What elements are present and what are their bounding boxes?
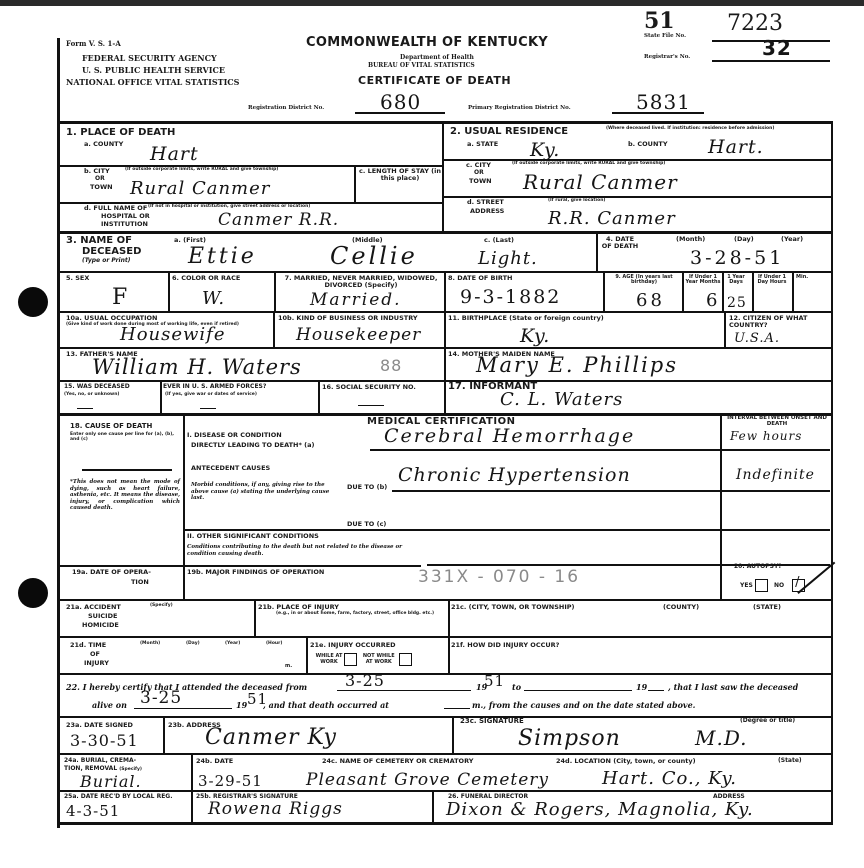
- time-year-label: (Year): [225, 642, 240, 647]
- date-of-death-label: 4. DATE OF DEATH: [600, 236, 640, 250]
- operation-date-label-2: TION: [131, 579, 149, 586]
- registrar-no-label: Registrar's No.: [644, 55, 690, 61]
- date-of-birth-label: 8. DATE OF BIRTH: [448, 275, 513, 282]
- state-title: COMMONWEALTH OF KENTUCKY: [306, 36, 548, 50]
- days-value: 25: [727, 296, 747, 310]
- accident-label: 21a. ACCIDENT: [66, 604, 121, 611]
- cause-of-death-label: 18. CAUSE OF DEATH: [70, 423, 152, 430]
- attended-from-value: 3-25: [345, 673, 385, 689]
- residence-city-value: Rural Canmer: [523, 172, 678, 192]
- date-received-value: 4-3-51: [66, 804, 120, 819]
- other-conditions-label: II. OTHER SIGNIFICANT CONDITIONS: [187, 533, 319, 540]
- residence-city-note: (If outside corporate limits, write RURA…: [512, 162, 665, 167]
- dod-month-label: (Month): [676, 236, 705, 243]
- burial-value: Burial.: [80, 774, 142, 790]
- time-m-label: m.: [285, 664, 292, 669]
- hospital-or-label: HOSPITAL OR: [101, 213, 150, 220]
- father-pencil-note: 88: [380, 358, 402, 374]
- months-value: 6: [706, 292, 718, 310]
- city-label: b. CITY: [84, 168, 110, 175]
- due-to-b-value: Chronic Hypertension: [398, 466, 631, 485]
- certify-line2-end: m., from the causes and on the date stat…: [472, 700, 695, 710]
- age-label: 9. AGE (In years last birthday): [606, 275, 682, 286]
- while-at-work-label: WHILE AT WORK: [314, 654, 344, 665]
- town-label: TOWN: [90, 184, 113, 191]
- registration-district-value: 680: [380, 92, 421, 112]
- burial-date-label: 24b. DATE: [196, 758, 233, 765]
- autopsy-no-check-mark: /: [795, 576, 799, 590]
- deceased-label: DECEASED: [82, 247, 141, 258]
- year2-prefix: 19: [636, 682, 647, 692]
- form-number: Form V. S. 1-A: [66, 40, 121, 47]
- interval-a-value: Few hours: [730, 430, 802, 442]
- state-label: a. STATE: [467, 141, 498, 148]
- marital-status-value: Married.: [310, 292, 402, 309]
- address-label: ADDRESS: [470, 208, 504, 215]
- autopsy-yes-option: YES NO /: [740, 579, 805, 592]
- social-security-label: 16. SOCIAL SECURITY NO.: [322, 384, 416, 391]
- place-of-death-label: 1. PLACE OF DEATH: [66, 128, 175, 139]
- usual-residence-note: (Where deceased lived. If institution: r…: [606, 127, 828, 132]
- while-at-work-checkbox[interactable]: [344, 653, 357, 666]
- injury-occurred-label: 21e. INJURY OCCURRED: [310, 642, 396, 649]
- not-while-at-work-label: NOT WHILE AT WORK: [359, 654, 399, 665]
- disease-label-line1: I. DISEASE OR CONDITION: [187, 432, 282, 439]
- hospital-note: (If not in hospital or institution, give…: [148, 205, 438, 210]
- death-city-value: Rural Canmer: [130, 180, 270, 198]
- physician-degree: M.D.: [695, 728, 748, 748]
- autopsy-yes-label: YES: [740, 582, 753, 589]
- time-of-injury-label: 21d. TIME: [70, 642, 106, 649]
- date-signed-label: 23a. DATE SIGNED: [66, 722, 133, 729]
- disease-value: Cerebral Hemorrhage: [384, 427, 635, 446]
- residence-street-value: R.R. Canmer: [548, 210, 676, 228]
- due-to-c-label: DUE TO (c): [347, 521, 386, 528]
- burial-location-label: 24d. LOCATION (City, town, or county): [556, 758, 696, 765]
- death-county-value: Hart: [150, 145, 199, 164]
- armed-forces-note-b: (If yes, give war or dates of service): [165, 393, 257, 398]
- findings-pencil-code: 331X - 070 - 16: [418, 569, 580, 586]
- marital-status-label: 7. MARRIED, NEVER MARRIED, WIDOWED, DIVO…: [278, 275, 444, 289]
- armed-forces-label-b: EVER IN U. S. ARMED FORCES?: [163, 384, 266, 390]
- homicide-label: HOMICIDE: [82, 622, 119, 629]
- frame-left-border: [57, 38, 60, 828]
- informant-value: C. L. Waters: [500, 391, 623, 409]
- physician-address-value: Canmer Ky: [205, 727, 337, 749]
- agency-line-2: U. S. PUBLIC HEALTH SERVICE: [82, 66, 225, 74]
- hospital-label: d. FULL NAME OF: [84, 205, 147, 212]
- residence-state-value: Ky.: [530, 141, 560, 160]
- due-to-b-label: DUE TO (b): [347, 484, 387, 491]
- business-value: Housekeeper: [296, 327, 421, 344]
- armed-forces-note-a: (Yes, no, or unknown): [64, 393, 119, 398]
- length-of-stay-label: c. LENGTH OF STAY (in this place): [358, 168, 442, 182]
- days-label: 1 Year Days: [724, 275, 748, 286]
- date-of-death-value: 3-28-51: [690, 249, 784, 268]
- burial-state-label: (State): [778, 758, 802, 764]
- to-label: to: [512, 682, 521, 692]
- cemetery-label: 24c. NAME OF CEMETERY OR CREMATORY: [322, 758, 473, 765]
- year1-value: 51: [484, 674, 505, 689]
- how-injury-occurred-label: 21f. HOW DID INJURY OCCUR?: [451, 642, 559, 649]
- operation-findings-label: 19b. MAJOR FINDINGS OF OPERATION: [187, 569, 324, 576]
- certify-line1-end: , that I last saw the deceased: [668, 682, 798, 692]
- date-received-label: 25a. DATE REC'D BY LOCAL REG.: [64, 794, 173, 800]
- other-conditions-note: Conditions contributing to the death but…: [187, 544, 427, 558]
- interval-label: INTERVAL BETWEEN ONSET AND DEATH: [724, 416, 830, 428]
- cause-of-death-note: Enter only one cause per line for (a), (…: [70, 433, 180, 442]
- birthplace-value: Ky.: [520, 327, 550, 346]
- cemetery-value: Pleasant Grove Cemetery: [306, 772, 549, 789]
- agency-line-1: FEDERAL SECURITY AGENCY: [82, 54, 217, 62]
- type-or-print-label: (Type or Print): [82, 258, 131, 264]
- age-value: 68: [636, 292, 665, 310]
- antecedent-note: Morbid conditions, if any, giving rise t…: [191, 482, 341, 502]
- injury-work-options: WHILE AT WORK NOT WHILE AT WORK: [314, 653, 412, 666]
- alive-on-label: alive on: [92, 700, 127, 710]
- autopsy-yes-checkbox[interactable]: [755, 579, 768, 592]
- interval-b-value: Indefinite: [736, 468, 815, 482]
- punch-hole-upper: [18, 287, 48, 317]
- business-label: 10b. KIND OF BUSINESS OR INDUSTRY: [278, 315, 418, 322]
- registrar-number: 32: [762, 38, 792, 58]
- date-of-birth-value: 9-3-1882: [460, 288, 561, 307]
- disease-label-line2: DIRECTLY LEADING TO DEATH* (a): [191, 442, 314, 449]
- residence-city-or: OR: [474, 170, 484, 176]
- burial-label-1: 24a. BURIAL, CREMA-: [64, 758, 136, 764]
- citizen-value: U.S.A.: [734, 332, 780, 345]
- punch-hole-lower: [18, 578, 48, 608]
- time-hour-label: (Hour): [266, 642, 282, 647]
- sex-label: 5. SEX: [66, 275, 89, 282]
- alive-on-value: 3-25: [140, 690, 182, 707]
- usual-residence-label: 2. USUAL RESIDENCE: [450, 127, 568, 138]
- place-of-injury-label: 21b. PLACE OF INJURY: [258, 604, 339, 611]
- institution-label: INSTITUTION: [101, 221, 148, 228]
- dod-year-label: (Year): [781, 236, 803, 243]
- cause-footnote: *This does not mean the mode of dying, s…: [70, 479, 180, 512]
- minutes-label: Min.: [796, 275, 808, 280]
- city-note: (If outside corporate limits, write RURA…: [125, 168, 303, 173]
- physician-signature: Simpson: [518, 728, 621, 750]
- place-of-injury-note: (e.g., in or about home, farm, factory, …: [276, 612, 446, 617]
- death-occurred-label: , and that death occurred at: [263, 700, 389, 710]
- name-of-label: 3. NAME OF: [66, 236, 132, 247]
- year3-prefix: 19: [236, 700, 247, 710]
- state-file-number: 7223: [727, 12, 783, 35]
- autopsy-no-label: NO: [774, 582, 784, 589]
- occupation-label: 10a. USUAL OCCUPATION: [66, 315, 158, 322]
- first-name-label: a. (First): [174, 237, 206, 244]
- sex-value: F: [112, 287, 128, 309]
- dod-day-label: (Day): [734, 236, 754, 243]
- father-name-value: William H. Waters: [92, 357, 302, 378]
- suicide-label: SUICIDE: [88, 613, 117, 620]
- antecedent-label: ANTECEDENT CAUSES: [191, 465, 270, 472]
- time-month-label: (Month): [140, 642, 160, 647]
- mother-name-value: Mary E. Phillips: [476, 355, 678, 376]
- signature-label: 23c. SIGNATURE: [460, 718, 524, 725]
- hours-label: If Under 1 Day Hours: [754, 275, 790, 286]
- state-file-label: State File No.: [644, 34, 686, 40]
- county-label: a. COUNTY: [84, 141, 123, 148]
- armed-forces-label-a: 15. WAS DECEASED: [64, 384, 130, 390]
- last-name-label: c. (Last): [484, 237, 514, 244]
- time-of-label: OF: [90, 651, 100, 658]
- injury-state-label: (STATE): [753, 604, 781, 611]
- accident-specify: (Specify): [150, 604, 173, 609]
- operation-date-label: 19a. DATE OF OPERA-: [72, 569, 151, 576]
- injury-city-label: 21c. (CITY, TOWN, OR TOWNSHIP): [451, 604, 575, 611]
- citizen-label: 12. CITIZEN OF WHAT COUNTRY?: [729, 315, 829, 329]
- residence-county-value: Hart.: [708, 138, 764, 157]
- residence-town-label: TOWN: [469, 178, 492, 185]
- registrar-signature-value: Rowena Riggs: [208, 801, 343, 818]
- middle-name-value: Cellie: [330, 244, 418, 268]
- scan-top-edge: [0, 0, 864, 6]
- department-name: Department of Health: [400, 55, 474, 61]
- burial-location-value: Hart. Co., Ky.: [602, 770, 737, 788]
- months-label: If Under 1 Year Months: [685, 275, 721, 286]
- injury-county-label: (COUNTY): [663, 604, 699, 611]
- primary-district-label: Primary Registration District No.: [468, 106, 571, 112]
- not-while-at-work-checkbox[interactable]: [399, 653, 412, 666]
- degree-label: (Degree or title): [740, 718, 795, 724]
- burial-date-value: 3-29-51: [198, 774, 263, 789]
- agency-line-3: NATIONAL OFFICE VITAL STATISTICS: [66, 78, 239, 86]
- city-or-label: OR: [95, 176, 105, 182]
- registration-district-label: Registration District No.: [248, 106, 324, 112]
- time-day-label: (Day): [186, 642, 200, 647]
- hospital-value: Canmer R.R.: [218, 212, 339, 229]
- street-label: d. STREET: [467, 199, 504, 206]
- race-value: W.: [202, 290, 225, 308]
- state-file-prefix: 51: [644, 10, 675, 33]
- race-label: 6. COLOR OR RACE: [172, 275, 240, 282]
- autopsy-label: 20. AUTOPSY?: [734, 564, 782, 570]
- residence-county-label: b. COUNTY: [628, 141, 668, 148]
- occupation-value: Housewife: [120, 326, 226, 344]
- funeral-director-value: Dixon & Rogers, Magnolia, Ky.: [446, 801, 754, 819]
- first-name-value: Ettie: [188, 246, 257, 268]
- street-note: (If rural, give location): [548, 199, 605, 204]
- injury-label: INJURY: [84, 660, 109, 667]
- last-name-value: Light.: [478, 250, 538, 268]
- residence-city-label: c. CITY: [466, 162, 491, 169]
- date-signed-value: 3-30-51: [70, 733, 139, 749]
- primary-district-value: 5831: [636, 92, 691, 112]
- certificate-title: CERTIFICATE OF DEATH: [358, 75, 511, 87]
- certify-line1-text: 22. I hereby certify that I attended the…: [66, 682, 307, 692]
- birthplace-label: 11. BIRTHPLACE (State or foreign country…: [448, 315, 604, 322]
- bureau-name: BUREAU OF VITAL STATISTICS: [368, 63, 475, 69]
